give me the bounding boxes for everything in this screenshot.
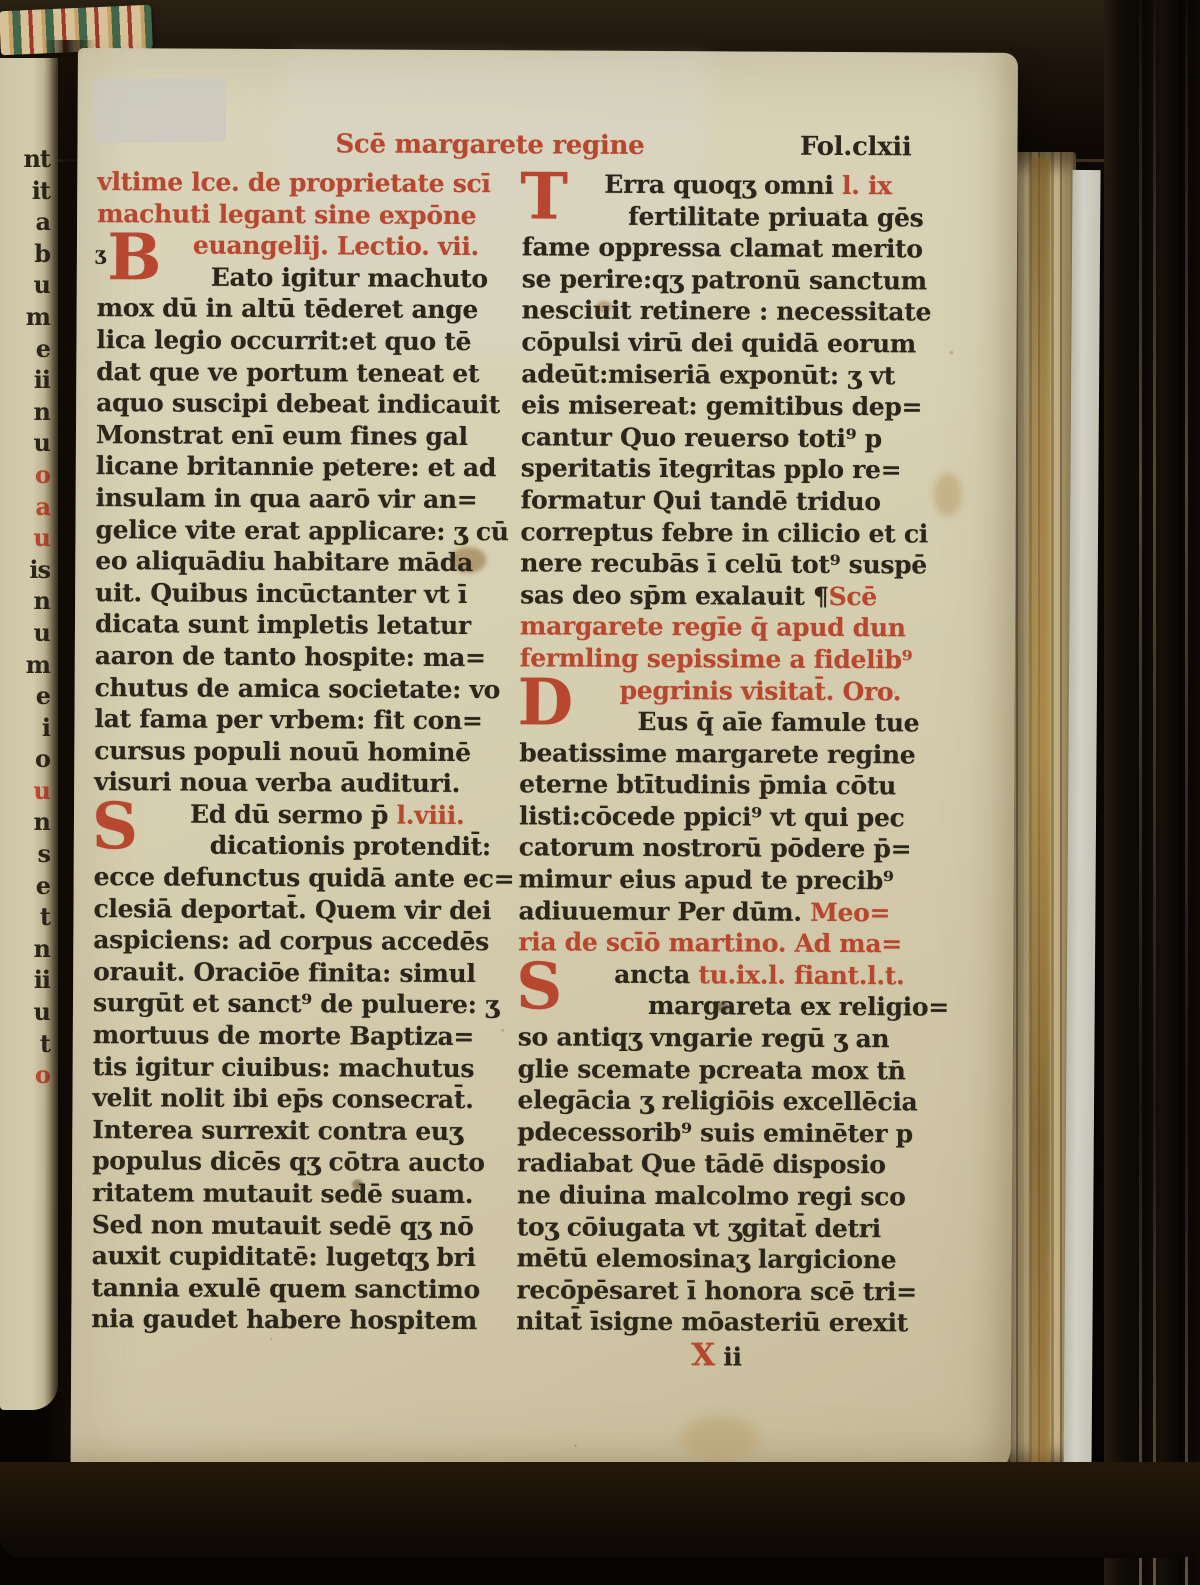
text-line: fame oppressa clamat merito [522, 232, 972, 266]
text-segment: l.viii. [396, 801, 464, 830]
text-line: sas deo sp̄m exalauit ¶Scē [520, 579, 970, 613]
text-segment: licane britannie petere: et ad [96, 451, 496, 482]
text-segment: insulam in qua aarō vir an= [96, 483, 478, 514]
text-segment: listi:cōcede ppici⁹ vt qui pec [519, 801, 905, 832]
text-line: toʒ cōiugata vt ʒgitat̄ detri [517, 1211, 967, 1245]
text-segment: nia gaudet habere hospitem [91, 1304, 477, 1335]
text-segment: fertilitate priuata gēs [628, 201, 923, 232]
text-line: dat que ve portum teneat et [96, 356, 514, 390]
text-segment: ria de scīō martino. Ad ma= [518, 928, 902, 959]
text-line: lica legio occurrit:et quo tē [96, 324, 514, 358]
text-line: tis igitur ciuibus: machutus [93, 1051, 511, 1085]
text-line: velit nolit ibi ep̄s consecrat̄. [92, 1082, 510, 1116]
cover-ridge [1153, 0, 1156, 1585]
text-segment: adiuuemur Per dūm. [518, 896, 810, 927]
text-segment: lica legio occurrit:et quo tē [96, 325, 471, 356]
text-segment: tis igitur ciuibus: machutus [93, 1052, 475, 1083]
text-segment: toʒ cōiugata vt ʒgitat̄ detri [517, 1212, 881, 1243]
text-line: populus dicēs qʒ cōtra aucto [92, 1145, 510, 1179]
drop-cap-initial: ʒB [95, 229, 162, 287]
book-photo: ntitabumeiinuoauisnumeiounsetniiuto Scē … [0, 0, 1200, 1585]
text-segment: ne diuina malcolmo regi sco [517, 1180, 906, 1211]
text-segment: radiabat Que tādē disposio [517, 1149, 886, 1180]
text-segment: l. ix [842, 171, 892, 200]
text-segment: mortuus de morte Baptiza= [93, 1020, 474, 1051]
cover-ridge [1139, 0, 1142, 1585]
text-line: correptus febre in cilicio et ci [520, 516, 970, 550]
right-column: TErra quoqʒ omni l. ixfertilitate priuat… [516, 168, 972, 1373]
text-line: mortuus de morte Baptiza= [93, 1019, 511, 1053]
text-block: Scē margarete regine Fol.clxii vltime lc… [91, 128, 981, 1373]
text-segment: Erra quoqʒ omni [604, 170, 842, 200]
text-line: vltime lce. de proprietate scī [97, 166, 515, 200]
text-line: margarete regīe q̄ apud dun [520, 611, 970, 645]
text-line: tannia exulē quem sanctimo [91, 1272, 509, 1306]
text-segment: speritatis ītegritas pplo re= [521, 454, 902, 485]
drop-cap-initial: T [520, 168, 568, 226]
text-segment: fermling sepissime a fidelib⁹ [520, 643, 913, 674]
cover-ridge [1185, 0, 1188, 1585]
text-line: Monstrat enī eum fines gal [96, 419, 514, 453]
text-segment: lat fama per vrbem: fit con= [94, 704, 482, 735]
text-line: orauit. Oraciōe finita: simul [93, 956, 511, 990]
text-line: ria de scīō martino. Ad ma= [518, 927, 968, 961]
text-segment: Ed dū sermo p̄ [190, 799, 397, 829]
text-segment: dicata sunt impletis letatur [95, 609, 471, 640]
text-segment: ritatem mutauit sedē suam. [92, 1178, 473, 1209]
text-segment: ecce defunctus quidā ante ec= [94, 862, 515, 893]
text-segment: correptus febre in cilicio et ci [520, 517, 928, 548]
text-line: catorum nostrorū pōdere p̄= [519, 832, 969, 866]
text-line: formatur Qui tandē triduo [521, 484, 971, 518]
text-line: Interea surrexit contra euʒ [92, 1114, 510, 1148]
text-segment: velit nolit ibi ep̄s consecrat̄. [92, 1083, 473, 1114]
text-line: surgūt et sanct⁹ de puluere: ʒ [93, 988, 511, 1022]
text-segment: margarete regīe q̄ apud dun [520, 612, 906, 643]
stain [681, 1416, 759, 1460]
text-line: TErra quoqʒ omni l. ix [522, 168, 972, 202]
drop-cap-initial: S [516, 958, 562, 1016]
text-segment: cursus populi nouū hominē [94, 736, 471, 767]
text-line: ecce defunctus quidā ante ec= [94, 861, 512, 895]
text-segment: so antiqʒ vngarie regū ʒ an [518, 1022, 890, 1053]
text-line: mox dū in altū tēderet ange [97, 292, 515, 326]
text-segment: surgūt et sanct⁹ de puluere: ʒ [93, 989, 499, 1020]
page-header: Scē margarete regine Fol.clxii [97, 128, 981, 163]
text-line: radiabat Que tādē disposio [517, 1148, 967, 1182]
text-line: nere recubās ī celū tot⁹ suspē [520, 547, 970, 581]
text-line: mimur eius apud te precib⁹ [519, 863, 969, 897]
text-line: dicationis protendit̄: [94, 830, 512, 864]
text-segment: dat que ve portum teneat et [96, 357, 479, 388]
text-line: glie scemate pcreata mox tn̄ [518, 1053, 968, 1087]
text-line: nitat̄ īsigne mōasteriū erexit [516, 1306, 966, 1340]
text-line: insulam in qua aarō vir an= [96, 482, 514, 516]
text-segment: fame oppressa clamat merito [522, 233, 923, 264]
text-segment: margareta ex religio= [648, 991, 949, 1022]
text-segment: eo aliquādiu habitare māda [95, 546, 473, 577]
text-segment: X [691, 1337, 715, 1373]
text-line: listi:cōcede ppici⁹ vt qui pec [519, 800, 969, 834]
text-segment: Interea surrexit contra euʒ [92, 1115, 462, 1146]
text-line: aquo suscipi debeat indicauit [96, 387, 514, 421]
text-line: eo aliquādiu habitare māda [95, 545, 513, 579]
text-line: pdecessorib⁹ suis eminēter p [517, 1116, 967, 1150]
drop-cap-initial: D [517, 674, 573, 732]
text-line: adiuuemur Per dūm. Meo= [518, 895, 968, 929]
text-line: licane britannie petere: et ad [96, 450, 514, 484]
text-segment: aspiciens: ad corpus accedēs [93, 925, 489, 956]
text-segment: mētū elemosinaʒ largicione [517, 1244, 897, 1275]
text-line: fermling sepissime a fidelib⁹ [520, 642, 970, 676]
text-line: mētū elemosinaʒ largicione [517, 1243, 967, 1277]
text-line: adeūt:miseriā exponūt: ʒ vt [521, 358, 971, 392]
signature-line: X ii [516, 1339, 966, 1373]
text-segment: beatissime margarete regine [519, 738, 915, 769]
text-line: nia gaudet habere hospitem [91, 1303, 509, 1337]
text-segment: populus dicēs qʒ cōtra aucto [92, 1146, 485, 1177]
text-segment: cōpulsi virū dei quidā eorum [521, 327, 916, 358]
text-segment: ii [715, 1342, 742, 1371]
text-segment: Eus q̄ aīe famule tue [637, 707, 919, 737]
text-line: uit. Quibus incūctanter vt ī [95, 577, 513, 611]
text-segment: Eato igitur machuto [211, 262, 488, 292]
text-line: auxit cupiditatē: lugetqʒ bri [92, 1240, 510, 1274]
text-segment: glie scemate pcreata mox tn̄ [518, 1054, 906, 1085]
text-segment: aaron de tanto hospite: ma= [95, 641, 486, 672]
text-segment: formatur Qui tandē triduo [521, 485, 881, 516]
text-line: ʒBeuangelij. Lectio. vii. [97, 229, 515, 263]
text-segment: ancta [614, 960, 698, 989]
text-segment: Scē [829, 582, 877, 611]
text-line: SEd dū sermo p̄ l.viii. [94, 798, 512, 832]
text-line: ritatem mutauit sedē suam. [92, 1177, 510, 1211]
text-line: beatissime margarete regine [519, 737, 969, 771]
drop-cap-initial: S [92, 798, 138, 856]
text-line: Dpegrinis visitat̄. Oro. [520, 674, 970, 708]
text-segment: dicationis protendit̄: [210, 831, 491, 861]
text-line: gelice vite erat applicare: ʒ cū [95, 514, 513, 548]
text-segment: eterne btītudinis p̄mia cōtu [519, 770, 896, 801]
text-line: visuri noua verba audituri. [94, 766, 512, 800]
text-segment: Monstrat enī eum fines gal [96, 420, 468, 451]
text-segment: tannia exulē quem sanctimo [91, 1273, 480, 1304]
text-line: dicata sunt impletis letatur [95, 608, 513, 642]
text-segment: cantur Quo reuerso toti⁹ p [521, 422, 882, 453]
text-line: lat fama per vrbem: fit con= [94, 703, 512, 737]
leather-cover-bottom [0, 1462, 1200, 1558]
text-segment: pdecessorib⁹ suis eminēter p [517, 1117, 913, 1148]
text-line: aaron de tanto hospite: ma= [95, 640, 513, 674]
folio-number: Fol.clxii [800, 132, 912, 163]
text-segment: sas deo sp̄m exalauit ¶ [520, 580, 829, 611]
running-title: Scē margarete regine [335, 129, 644, 161]
text-segment: mox dū in altū tēderet ange [97, 293, 479, 324]
text-segment: gelice vite erat applicare: ʒ cū [95, 515, 508, 546]
text-segment: recōpēsaret ī honora scē tri= [516, 1275, 916, 1306]
text-segment: se perire:qʒ patronū sanctum [522, 264, 927, 295]
text-segment: aquo suscipi debeat indicauit [96, 388, 500, 419]
text-segment: visuri noua verba audituri. [94, 767, 460, 798]
text-line: eterne btītudinis p̄mia cōtu [519, 769, 969, 803]
margin-mark: ʒ [95, 243, 106, 265]
text-line: so antiqʒ vngarie regū ʒ an [518, 1021, 968, 1055]
text-line: ne diuina malcolmo regi sco [517, 1179, 967, 1213]
text-line: chutus de amica societate: vo [95, 672, 513, 706]
book-page: Scē margarete regine Fol.clxii vltime lc… [71, 48, 1018, 1478]
text-segment: auxit cupiditatē: lugetqʒ bri [92, 1241, 476, 1272]
text-line: eis misereat: gemitibus dep= [521, 389, 971, 423]
text-segment: nitat̄ īsigne mōasteriū erexit [516, 1307, 908, 1338]
text-segment: uit. Quibus incūctanter vt ī [95, 578, 467, 609]
text-line: elegācia ʒ religiōis excellēcia [517, 1085, 967, 1119]
text-line: cantur Quo reuerso toti⁹ p [521, 421, 971, 455]
text-segment: euangelij. Lectio. vii. [193, 231, 479, 261]
text-line: cursus populi nouū hominē [94, 735, 512, 769]
text-line: recōpēsaret ī honora scē tri= [516, 1274, 966, 1308]
text-segment: chutus de amica societate: vo [95, 673, 501, 704]
text-line: clesiā deportat̄. Quem vir dei [93, 893, 511, 927]
text-line: fertilitate priuata gēs [522, 200, 972, 234]
text-segment: adeūt:miseriā exponūt: ʒ vt [521, 359, 895, 390]
text-segment: elegācia ʒ religiōis excellēcia [517, 1086, 917, 1117]
text-line: speritatis ītegritas pplo re= [521, 453, 971, 487]
text-segment: catorum nostrorū pōdere p̄= [519, 833, 912, 864]
text-line: Eus q̄ aīe famule tue [519, 705, 969, 739]
left-column: vltime lce. de proprietate scīmachuti le… [91, 166, 515, 1371]
text-line: cōpulsi virū dei quidā eorum [521, 326, 971, 360]
fore-edge-stain [1030, 158, 1050, 1464]
text-segment: clesiā deportat̄. Quem vir dei [93, 894, 491, 925]
text-line: nesciuit retinere : necessitate [522, 295, 972, 329]
text-segment: tu.ix.l. fiant.l.t. [698, 960, 904, 990]
text-segment: vltime lce. de proprietate scī [97, 167, 490, 198]
text-line: se perire:qʒ patronū sanctum [522, 263, 972, 297]
text-segment: pegrinis visitat̄. Oro. [620, 675, 902, 705]
text-segment: nere recubās ī celū tot⁹ suspē [520, 548, 927, 579]
text-segment: Meo= [810, 898, 890, 927]
text-segment: nesciuit retinere : necessitate [522, 296, 932, 327]
text-line: margareta ex religio= [518, 990, 968, 1024]
text-segment: mimur eius apud te precib⁹ [519, 864, 894, 895]
text-line: Sancta tu.ix.l. fiant.l.t. [518, 958, 968, 992]
text-line: aspiciens: ad corpus accedēs [93, 924, 511, 958]
text-segment: orauit. Oraciōe finita: simul [93, 957, 476, 988]
text-segment: eis misereat: gemitibus dep= [521, 390, 922, 421]
text-columns: vltime lce. de proprietate scīmachuti le… [91, 166, 981, 1373]
text-segment: Sed non mutauit sedē qʒ nō [92, 1210, 474, 1241]
text-line: Sed non mutauit sedē qʒ nō [92, 1209, 510, 1243]
